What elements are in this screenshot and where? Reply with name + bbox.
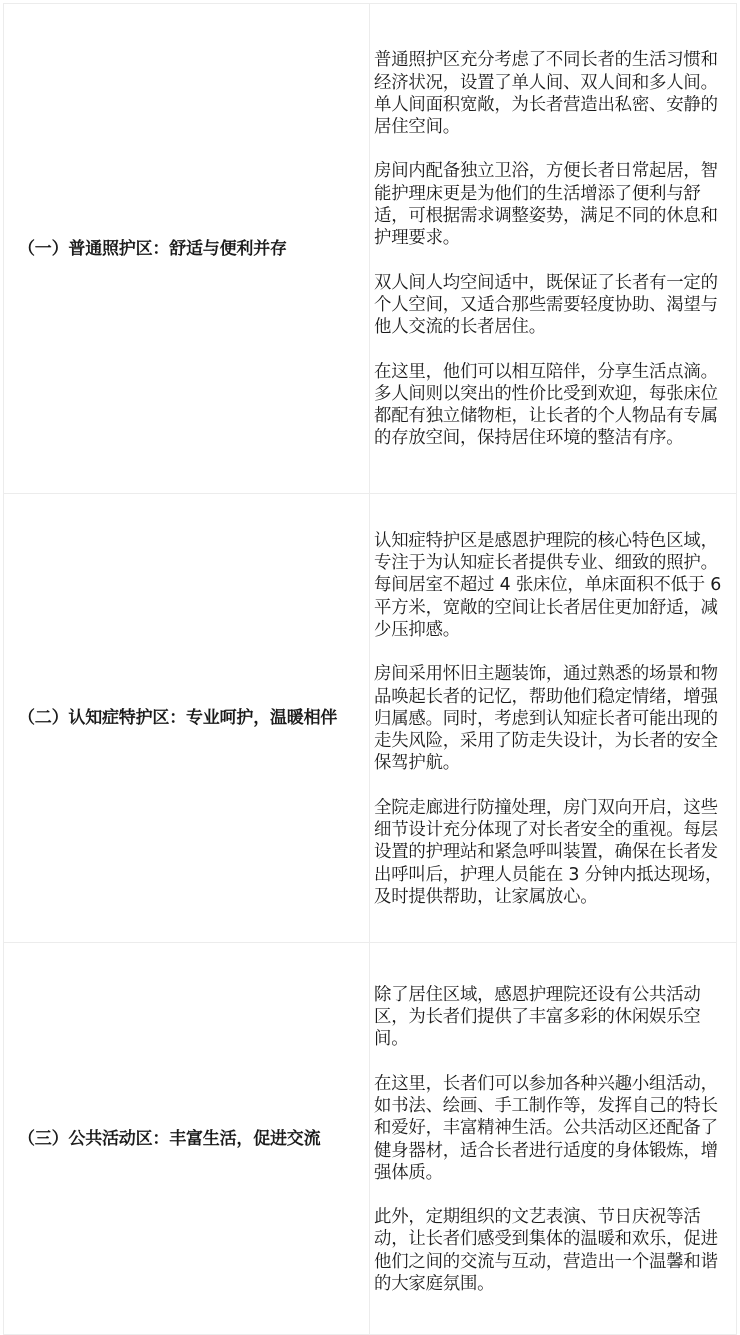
zone-paragraph: 认知症特护区是感恩护理院的核心特色区域，专注于为认知症长者提供专业、细致的照护。… bbox=[374, 530, 728, 641]
zone-title: （三）公共活动区：丰富生活，促进交流 bbox=[18, 1129, 320, 1149]
zone-title-cell: （二）认知症特护区：专业呵护，温暖相伴 bbox=[4, 494, 370, 943]
zone-description-cell: 认知症特护区是感恩护理院的核心特色区域，专注于为认知症长者提供专业、细致的照护。… bbox=[370, 494, 737, 943]
zone-title-cell: （一）普通照护区：舒适与便利并存 bbox=[4, 4, 370, 494]
zone-row-general-care: （一）普通照护区：舒适与便利并存 普通照护区充分考虑了不同长者的生活习惯和经济状… bbox=[4, 4, 737, 494]
zone-paragraph: 房间采用怀旧主题装饰，通过熟悉的场景和物品唤起长者的记忆，帮助他们稳定情绪，增强… bbox=[374, 663, 728, 774]
zone-title: （二）认知症特护区：专业呵护，温暖相伴 bbox=[18, 708, 337, 728]
zone-row-public-activity: （三）公共活动区：丰富生活，促进交流 除了居住区域，感恩护理院还设有公共活动区，… bbox=[4, 943, 737, 1214]
zone-description-cell: 除了居住区域，感恩护理院还设有公共活动区，为长者们提供了丰富多彩的休闲娱乐空间。… bbox=[370, 943, 737, 1214]
care-zones-table: （一）普通照护区：舒适与便利并存 普通照护区充分考虑了不同长者的生活习惯和经济状… bbox=[3, 3, 737, 1213]
zone-paragraph: 双人间人均空间适中，既保证了长者有一定的个人空间，又适合那些需要轻度协助、渴望与… bbox=[374, 272, 728, 339]
zone-paragraph: 在这里，他们可以相互陪伴，分享生活点滴。多人间则以突出的性价比受到欢迎，每张床位… bbox=[374, 361, 728, 450]
zone-paragraph: 房间内配备独立卫浴，方便长者日常起居，智能护理床更是为他们的生活增添了便利与舒适… bbox=[374, 160, 728, 249]
zone-title-cell: （三）公共活动区：丰富生活，促进交流 bbox=[4, 943, 370, 1214]
zone-paragraph: 在这里，长者们可以参加各种兴趣小组活动，如书法、绘画、手工制作等，发挥自己的特长… bbox=[374, 1073, 728, 1184]
zone-description-cell: 普通照护区充分考虑了不同长者的生活习惯和经济状况，设置了单人间、双人间和多人间。… bbox=[370, 4, 737, 494]
zone-title: （一）普通照护区：舒适与便利并存 bbox=[18, 239, 287, 259]
zone-row-dementia-care: （二）认知症特护区：专业呵护，温暖相伴 认知症特护区是感恩护理院的核心特色区域，… bbox=[4, 494, 737, 943]
zone-paragraph: 全院走廊进行防撞处理，房门双向开启，这些细节设计充分体现了对长者安全的重视。每层… bbox=[374, 797, 728, 908]
zone-paragraph: 此外，定期组织的文艺表演、节日庆祝等活动，让长者们感受到集体的温暖和欢乐，促进他… bbox=[374, 1206, 728, 1213]
zone-paragraph: 除了居住区域，感恩护理院还设有公共活动区，为长者们提供了丰富多彩的休闲娱乐空间。 bbox=[374, 984, 728, 1051]
zone-paragraph: 普通照护区充分考虑了不同长者的生活习惯和经济状况，设置了单人间、双人间和多人间。… bbox=[374, 49, 728, 138]
